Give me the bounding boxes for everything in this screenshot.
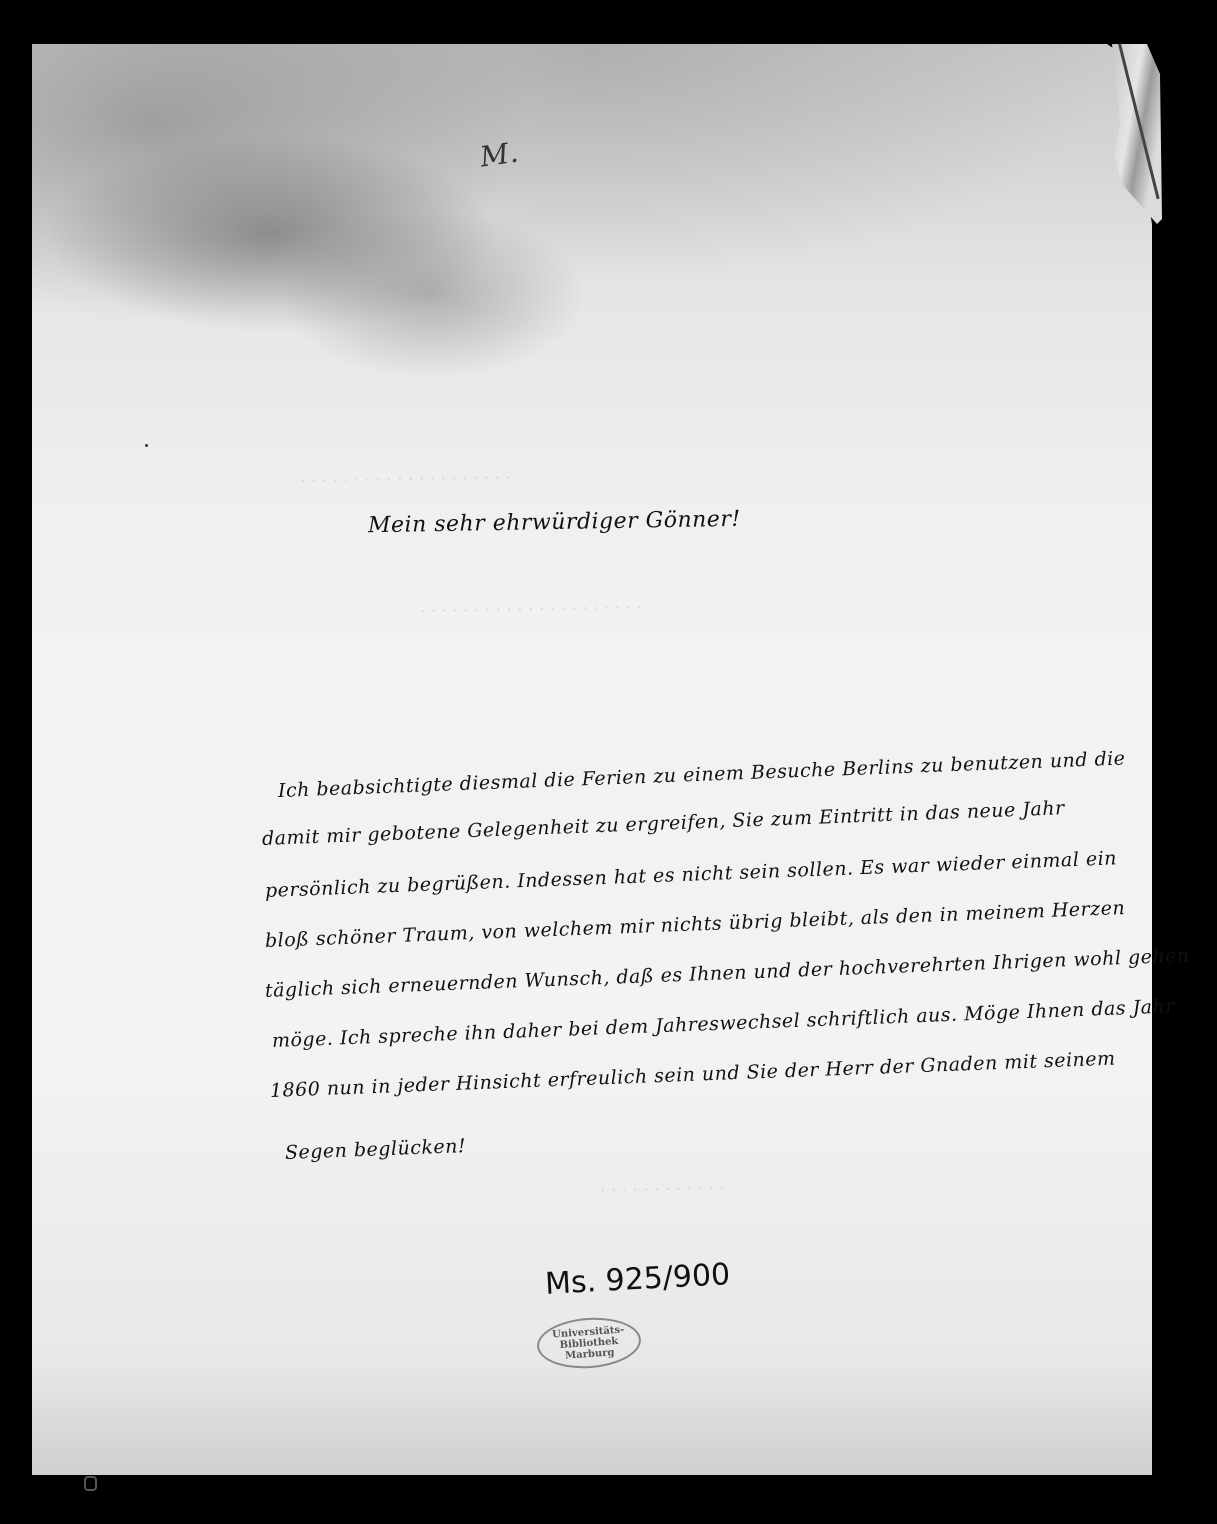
bleed-through-text: · · · · · · · · · · · · [600,1179,725,1201]
ink-speck [145,444,148,447]
punch-hole-mark [84,1476,97,1491]
header-mark: M. [478,135,521,173]
bleed-through-text: · · · · · · · · · · · · · · · · · · · · [300,468,511,492]
stamp-line: Marburg [565,1347,615,1361]
bleed-through-text: · · · · · · · · · · · · · · · · · · · · … [420,598,642,622]
